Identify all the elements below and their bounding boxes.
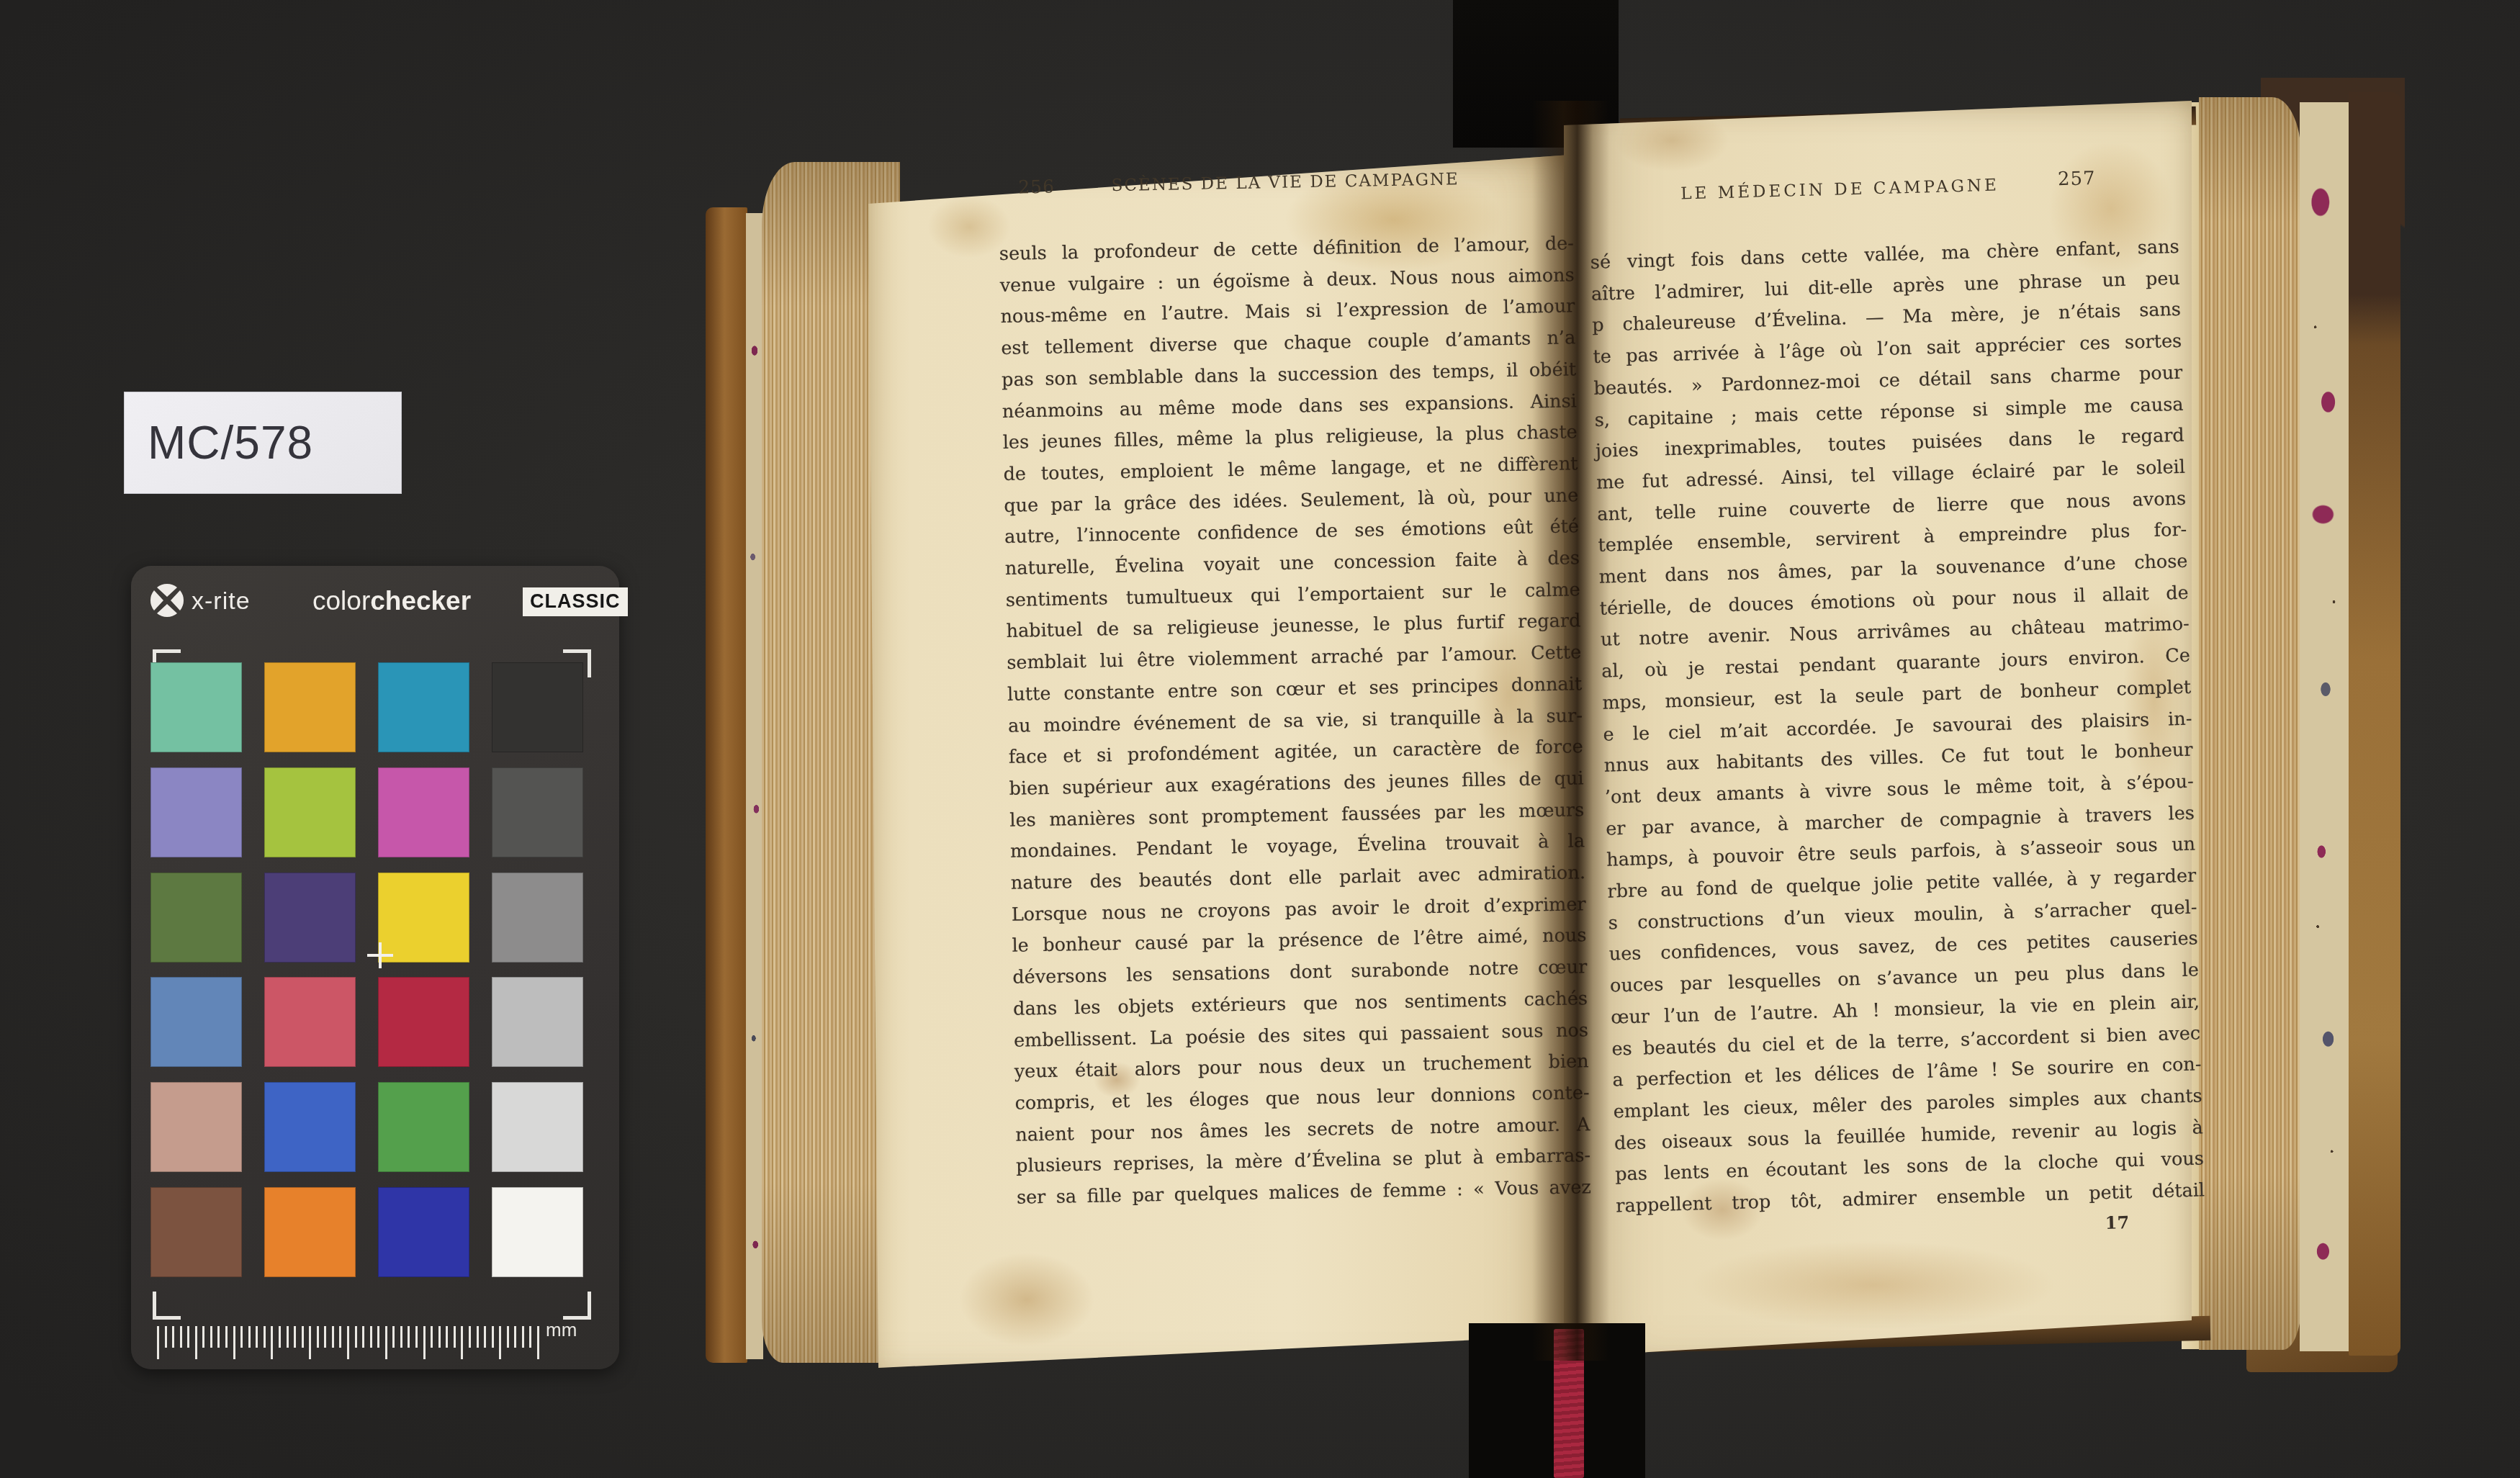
colorchecker-patch — [378, 1082, 469, 1172]
colorchecker-patch — [378, 1187, 469, 1277]
registration-bracket-icon — [153, 1292, 181, 1320]
colorchecker-patch — [264, 977, 356, 1067]
colorchecker-patch — [264, 662, 356, 752]
running-title-left: SCÈNES DE LA VIE DE CAMPAGNE — [998, 168, 1572, 197]
x-rite-logo-icon — [150, 583, 184, 618]
marbled-endpaper-left — [746, 213, 763, 1359]
colorchecker-patch — [264, 767, 356, 857]
product-name: colorchecker — [312, 586, 471, 616]
product-name-light: color — [312, 586, 370, 616]
page-number-right: 257 — [2058, 168, 2096, 190]
colorchecker-patch — [492, 1082, 583, 1172]
left-page-body: seuls la profondeur de cette définition … — [999, 228, 1592, 1214]
colorchecker-card: x-rite colorchecker CLASSIC — [131, 566, 619, 1369]
leather-cover-edge-right — [2349, 92, 2400, 1356]
left-page-text: 256 SCÈNES DE LA VIE DE CAMPAGNE seuls l… — [998, 166, 1591, 1214]
colorchecker-patch — [492, 977, 583, 1067]
ruler-unit-label: mm — [546, 1319, 577, 1341]
colorchecker-patch — [264, 873, 356, 963]
ruler-ticks-major — [157, 1326, 539, 1359]
brand-name: x-rite — [192, 587, 251, 616]
edition-badge: CLASSIC — [523, 587, 628, 616]
foxing-stain — [933, 1235, 1120, 1364]
patch-grid — [150, 662, 583, 1277]
gutter-shadow — [1532, 101, 1610, 1361]
right-page-text: LE MÉDECIN DE CAMPAGNE 257 sé vingt fois… — [1588, 170, 2206, 1246]
colorchecker-patch — [150, 1187, 242, 1277]
colorchecker-patch — [378, 873, 469, 963]
colorchecker-patch — [378, 767, 469, 857]
reference-label: MC/578 — [124, 392, 402, 494]
colorchecker-patch — [150, 662, 242, 752]
colorchecker-patch — [150, 977, 242, 1067]
marbled-endpaper-right — [2300, 102, 2352, 1351]
colorchecker-patch — [150, 1082, 242, 1172]
colorchecker-patch — [264, 1187, 356, 1277]
product-name-bold: checker — [370, 586, 471, 616]
colorchecker-patch — [492, 767, 583, 857]
leather-cover-edge-left — [706, 207, 747, 1363]
right-page-body: sé vingt fois dans cette vallée, ma chèr… — [1590, 232, 2205, 1222]
running-head-left: 256 SCÈNES DE LA VIE DE CAMPAGNE — [998, 166, 1573, 203]
colorchecker-patch — [264, 1082, 356, 1172]
digitization-photo: 256 SCÈNES DE LA VIE DE CAMPAGNE seuls l… — [0, 0, 2520, 1478]
crosshair-mark-icon — [367, 954, 393, 957]
reference-label-text: MC/578 — [148, 392, 313, 493]
colorchecker-patch — [492, 1187, 583, 1277]
registration-bracket-icon — [563, 1292, 591, 1320]
colorchecker-patch — [150, 767, 242, 857]
fore-edge-right — [2199, 97, 2301, 1350]
colorchecker-patch — [378, 977, 469, 1067]
colorchecker-patch — [378, 662, 469, 752]
colorchecker-patch — [492, 662, 583, 752]
colorchecker-patch — [492, 873, 583, 963]
colorchecker-patch — [150, 873, 242, 963]
